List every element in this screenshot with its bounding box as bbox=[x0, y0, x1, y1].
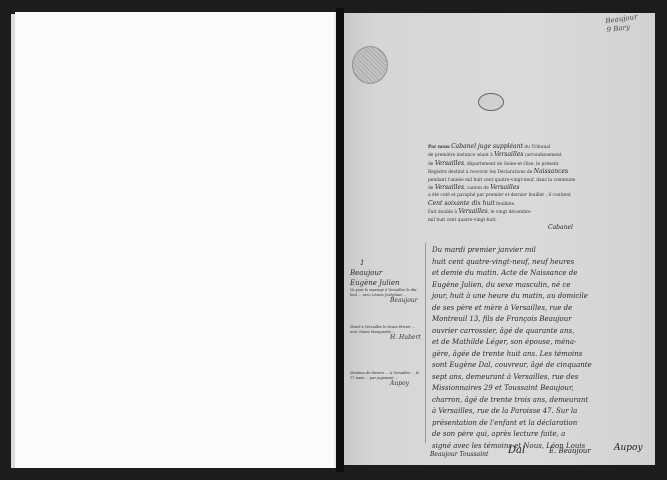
judge-signature: Cabanel bbox=[428, 224, 638, 231]
signature-officer: Aupoy bbox=[614, 443, 643, 453]
margin-note-marriage: Vu pour le mariage à Versailles le dix-h… bbox=[350, 288, 424, 303]
book-gutter bbox=[336, 8, 344, 472]
register-page: Beaujour 9 Bary Par nous Cabanel juge su… bbox=[344, 13, 655, 465]
blank-left-page bbox=[15, 12, 336, 468]
register-certification: Par nous Cabanel juge suppléant du Tribu… bbox=[428, 143, 638, 231]
margin-rule bbox=[425, 243, 426, 443]
margin-note-marriage-2: Marié à Versailles le douze février ... … bbox=[350, 325, 424, 340]
margin-note-divorce: Mention de divorce ... à Versailles ... … bbox=[350, 371, 424, 386]
signature-witness-beaujour: E. Beaujour bbox=[549, 447, 591, 455]
signature-witness-dal: Dal bbox=[508, 445, 525, 456]
municipal-seal bbox=[352, 46, 388, 84]
signature-father: Beaujour Toussaint bbox=[430, 451, 488, 458]
corner-annotation: Beaujour 9 Bary bbox=[605, 13, 639, 35]
birth-act-text: Du mardi premier janvier mil huit cent q… bbox=[432, 245, 650, 452]
ink-stamp bbox=[478, 93, 504, 111]
margin-child-name: 1 Beaujour Eugène Julien bbox=[350, 258, 424, 288]
